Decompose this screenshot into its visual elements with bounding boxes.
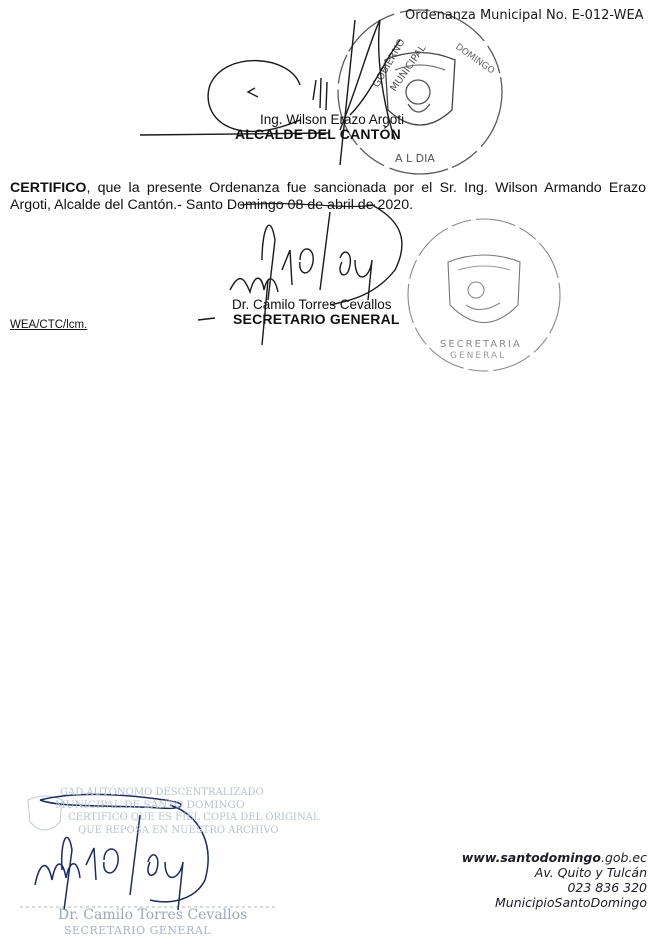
footer-address: Av. Quito y Tulcán <box>462 865 647 880</box>
mayor-title: ALCALDE DEL CANTÓN <box>235 126 401 142</box>
secretary-seal-line1: SECRETARIA <box>440 339 522 350</box>
copy-stamp-line2: MUNICIPAL DE SANTO DOMINGO <box>55 799 245 811</box>
footer-social: MunicipioSantoDomingo <box>462 895 647 910</box>
certification-paragraph: CERTIFICO, que la presente Ordenanza fue… <box>10 180 646 214</box>
footer-phone: 023 836 320 <box>462 880 647 895</box>
mayor-name: Ing. Wilson Erazo Argoti <box>260 112 404 127</box>
certification-lead: CERTIFICO <box>10 180 86 196</box>
secretary-name: Dr. Camilo Torres Cevallos <box>232 297 392 312</box>
ordinance-number: Ordenanza Municipal No. E-012-WEA <box>405 8 644 23</box>
copy-stamp-line4: QUE REPOSA EN NUESTRO ARCHIVO <box>78 825 279 836</box>
svg-text:A L DIA: A L DIA <box>395 152 435 165</box>
footer-contact: www.santodomingo.gob.ec Av. Quito y Tulc… <box>462 850 647 910</box>
mayor-signature <box>140 20 400 165</box>
footer-website[interactable]: www.santodomingo.gob.ec <box>462 850 647 865</box>
copy-stamp-line1: GAD AUTÓNOMO DESCENTRALIZADO <box>60 787 264 798</box>
copy-stamp-title: SECRETARIO GENERAL <box>64 924 211 937</box>
secretary-title: SECRETARIO GENERAL <box>233 311 400 327</box>
reference-initials: WEA/CTC/lcm. <box>10 319 87 331</box>
copy-stamp-name: Dr. Camilo Torres Cevallos <box>58 907 247 923</box>
certification-body: , que la presente Ordenanza fue sanciona… <box>10 180 646 213</box>
mayor-seal: GOBIERNO MUNICIPAL DOMINGO A L DIA <box>338 10 502 174</box>
svg-text:DOMINGO: DOMINGO <box>453 42 496 76</box>
copy-stamp-line3: CERTIFICO QUE ES FIEL COPIA DEL ORIGINAL <box>68 812 320 823</box>
secretary-seal-line2: GENERAL <box>450 351 506 361</box>
